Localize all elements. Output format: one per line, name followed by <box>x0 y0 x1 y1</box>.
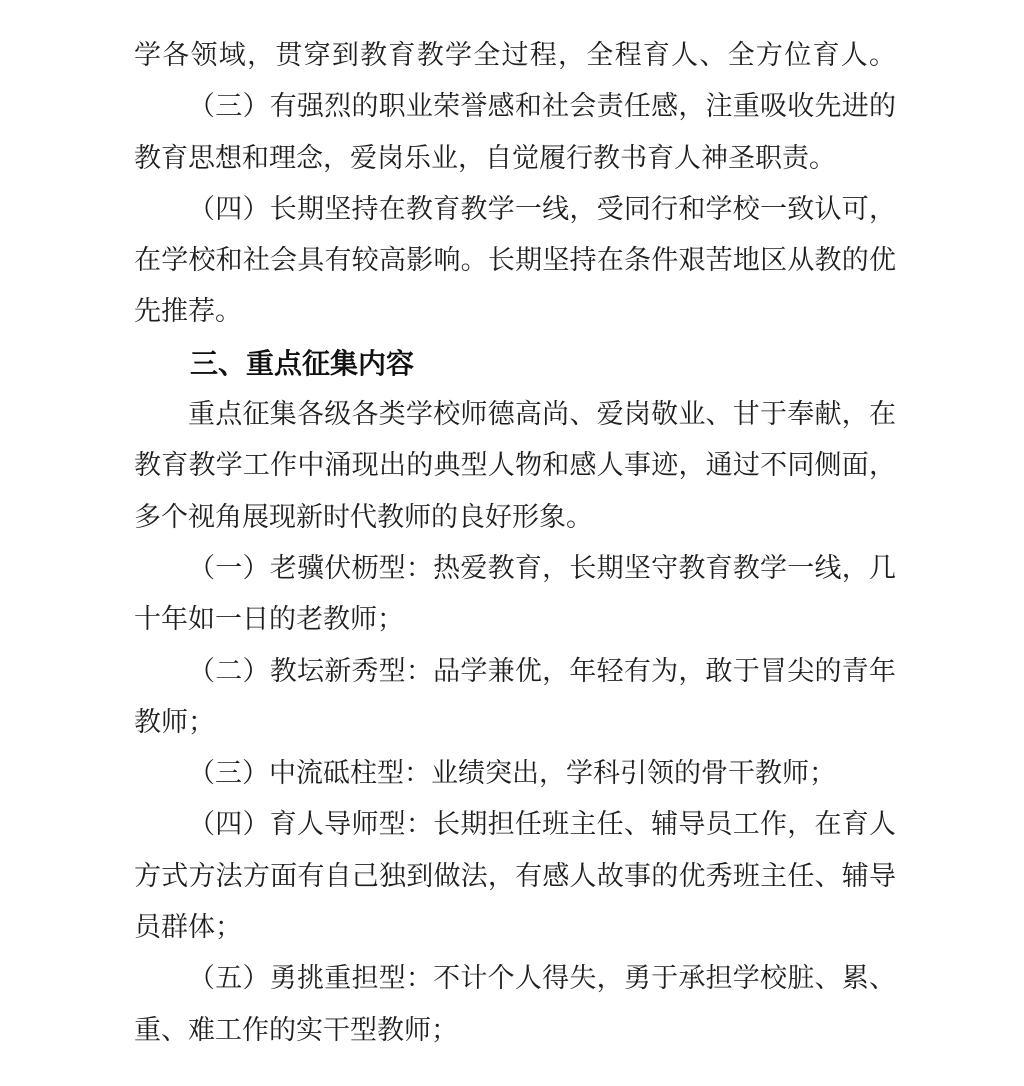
body-line: （四）长期坚持在教育教学一线，受同行和学校一致认可， <box>134 184 896 235</box>
body-line: 先推荐。 <box>134 286 896 337</box>
body-line: 多个视角展现新时代教师的良好形象。 <box>134 492 896 543</box>
body-line: 教师； <box>134 697 896 748</box>
body-line: （二）教坛新秀型：品学兼优，年轻有为，敢于冒尖的青年 <box>134 646 896 697</box>
body-line: 在学校和社会具有较高影响。长期坚持在条件艰苦地区从教的优 <box>134 235 896 286</box>
body-line: 教育教学工作中涌现出的典型人物和感人事迹，通过不同侧面， <box>134 440 896 491</box>
body-line: 方式方法方面有自己独到做法，有感人故事的优秀班主任、辅导 <box>134 851 896 902</box>
body-line: （三）中流砥柱型：业绩突出，学科引领的骨干教师； <box>134 748 896 799</box>
body-line: 学各领域，贯穿到教育教学全过程，全程育人、全方位育人。 <box>134 30 896 81</box>
body-line: 员群体； <box>134 902 896 953</box>
body-line: 重、难工作的实干型教师； <box>134 1005 896 1056</box>
body-line: 教育思想和理念，爱岗乐业，自觉履行教书育人神圣职责。 <box>134 133 896 184</box>
body-line: （四）育人导师型：长期担任班主任、辅导员工作，在育人 <box>134 799 896 850</box>
section-heading: 三、重点征集内容 <box>134 338 896 389</box>
body-line: 十年如一日的老教师； <box>134 594 896 645</box>
body-line: 重点征集各级各类学校师德高尚、爱岗敬业、甘于奉献，在 <box>134 389 896 440</box>
body-line: （一）老骥伏枥型：热爱教育，长期坚守教育教学一线，几 <box>134 543 896 594</box>
document-page: 学各领域，贯穿到教育教学全过程，全程育人、全方位育人。 （三）有强烈的职业荣誉感… <box>0 0 1024 1086</box>
body-line: （五）勇挑重担型：不计个人得失，勇于承担学校脏、累、 <box>134 953 896 1004</box>
text-block: 学各领域，贯穿到教育教学全过程，全程育人、全方位育人。 （三）有强烈的职业荣誉感… <box>134 30 896 1056</box>
body-line: （三）有强烈的职业荣誉感和社会责任感，注重吸收先进的 <box>134 81 896 132</box>
